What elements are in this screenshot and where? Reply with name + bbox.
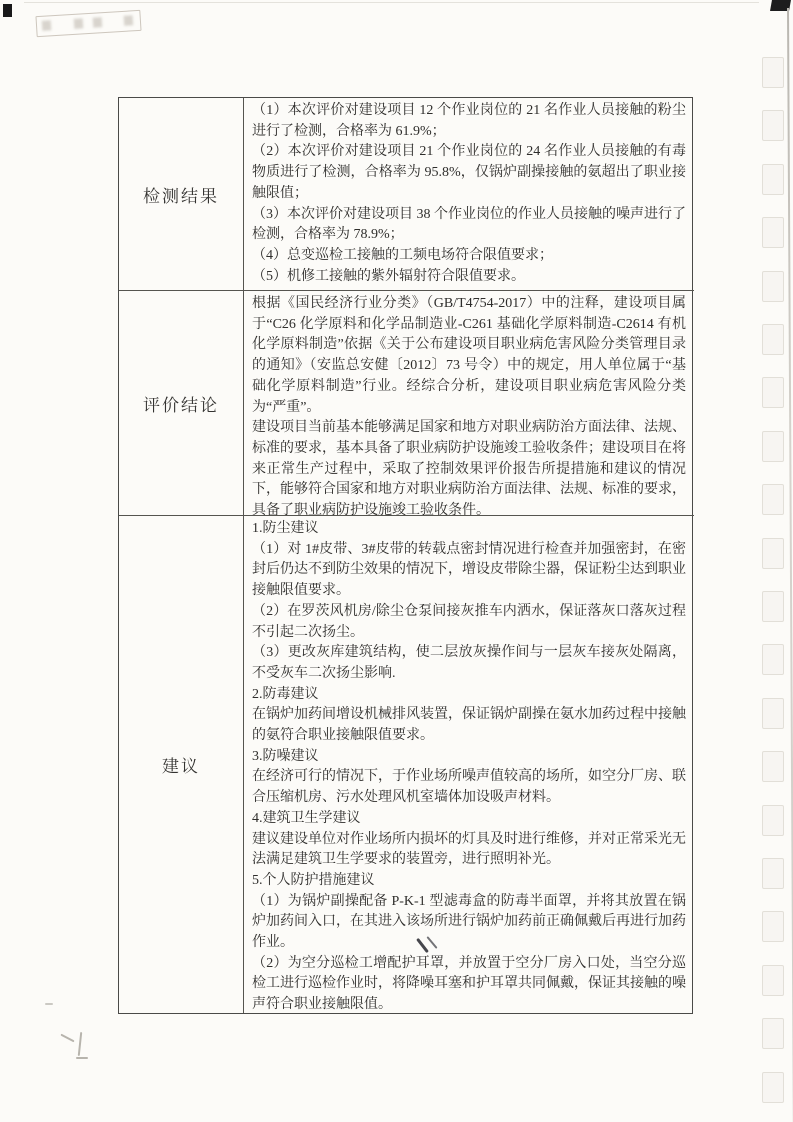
binder-hole xyxy=(762,751,784,782)
pencil-mark xyxy=(76,1057,88,1059)
faint-stamp xyxy=(35,10,141,37)
paragraph: 建议建设单位对作业场所内损坏的灯具及时进行维修，并对正常采光无法满足建筑卫生学要… xyxy=(252,830,686,871)
row-content-evaluation-conclusion: 根据《国民经济行业分类》（GB/T4754-2017）中的注释，建设项目属于“C… xyxy=(244,290,694,515)
paragraph: 在锅炉加药间增设机械排风装置，保证锅炉副操在氨水加药过程中接触的氨符合职业接触限… xyxy=(252,705,686,746)
paragraph: 2.防毒建议 xyxy=(252,685,686,706)
paragraph: （3）更改灰库建筑结构，使二层放灰操作间与一层灰车接灰处隔离，不受灰车二次扬尘影… xyxy=(252,643,686,684)
report-table: 检测结果 （1）本次评价对建设项目 12 个作业岗位的 21 名作业人员接触的粉… xyxy=(118,97,693,1014)
binder-hole xyxy=(762,965,784,996)
binder-hole xyxy=(762,1072,784,1103)
row-label-detection-results: 检测结果 xyxy=(119,98,244,290)
stamp-smudge xyxy=(74,18,84,29)
binder-hole xyxy=(762,1018,784,1049)
paragraph: 根据《国民经济行业分类》（GB/T4754-2017）中的注释，建设项目属于“C… xyxy=(252,294,686,418)
binder-hole xyxy=(762,164,784,195)
pencil-mark xyxy=(78,1032,82,1056)
row-label-evaluation-conclusion: 评价结论 xyxy=(119,290,244,515)
stamp-smudge xyxy=(124,15,134,26)
binder-hole xyxy=(762,698,784,729)
pencil-mark xyxy=(45,1003,53,1005)
paragraph: （1）为锅炉副操配备 P-K-1 型滤毒盒的防毒半面罩，并将其放置在锅炉加药间入… xyxy=(252,892,686,954)
paragraph: （1）对 1#皮带、3#皮带的转载点密封情况进行检查并加强密封，在密封后仍达不到… xyxy=(252,540,686,602)
paragraph: （3）本次评价对建设项目 38 个作业岗位的作业人员接触的噪声进行了检测，合格率… xyxy=(252,205,686,246)
scan-corner-mark xyxy=(3,4,12,17)
binder-hole xyxy=(762,217,784,248)
binder-hole xyxy=(762,591,784,622)
paragraph: （4）总变巡检工接触的工频电场符合限值要求； xyxy=(252,246,686,267)
page-edge-line xyxy=(787,8,793,1122)
binder-hole xyxy=(762,431,784,462)
binder-hole xyxy=(762,110,784,141)
binder-hole xyxy=(762,805,784,836)
binder-hole xyxy=(762,377,784,408)
binder-hole xyxy=(762,271,784,302)
row-label-text: 检测结果 xyxy=(143,182,219,207)
paragraph: （1）本次评价对建设项目 12 个作业岗位的 21 名作业人员接触的粉尘进行了检… xyxy=(252,101,686,142)
paragraph: 5.个人防护措施建议 xyxy=(252,871,686,892)
scan-edge-shadow xyxy=(24,2,759,3)
paragraph: （5）机修工接触的紫外辐射符合限值要求。 xyxy=(252,267,686,288)
binder-hole xyxy=(762,858,784,889)
paragraph: 在经济可行的情况下，于作业场所噪声值较高的场所，如空分厂房、联合压缩机房、污水处… xyxy=(252,767,686,808)
binder-hole xyxy=(762,324,784,355)
binder-hole xyxy=(762,57,784,88)
binder-hole xyxy=(762,538,784,569)
paragraph: （2）本次评价对建设项目 21 个作业岗位的 24 名作业人员接触的有毒物质进行… xyxy=(252,142,686,204)
scanned-document-page: 检测结果 （1）本次评价对建设项目 12 个作业岗位的 21 名作业人员接触的粉… xyxy=(0,0,793,1122)
paragraph: （2）为空分巡检工增配护耳罩，并放置于空分厂房入口处，当空分巡检工进行巡检作业时… xyxy=(252,954,686,1013)
row-content-detection-results: （1）本次评价对建设项目 12 个作业岗位的 21 名作业人员接触的粉尘进行了检… xyxy=(244,98,694,290)
paragraph: 1.防尘建议 xyxy=(252,519,686,540)
stamp-smudge xyxy=(42,20,52,31)
row-label-text: 评价结论 xyxy=(143,391,219,416)
row-label-text: 建议 xyxy=(162,752,200,777)
binder-hole xyxy=(762,484,784,515)
paragraph: 建设项目当前基本能够满足国家和地方对职业病防治方面法律、法规、标准的要求，基本具… xyxy=(252,418,686,515)
binder-hole xyxy=(762,644,784,675)
paragraph: 3.防噪建议 xyxy=(252,747,686,768)
paragraph: 4.建筑卫生学建议 xyxy=(252,809,686,830)
binder-hole xyxy=(762,911,784,942)
row-content-recommendations: 1.防尘建议 （1）对 1#皮带、3#皮带的转载点密封情况进行检查并加强密封，在… xyxy=(244,515,694,1013)
row-label-recommendations: 建议 xyxy=(119,515,244,1013)
stamp-smudge xyxy=(93,17,103,28)
pencil-mark xyxy=(60,1034,74,1043)
paragraph: （2）在罗茨风机房/除尘仓泵间接灰推车内洒水，保证落灰口落灰过程不引起二次扬尘。 xyxy=(252,602,686,643)
